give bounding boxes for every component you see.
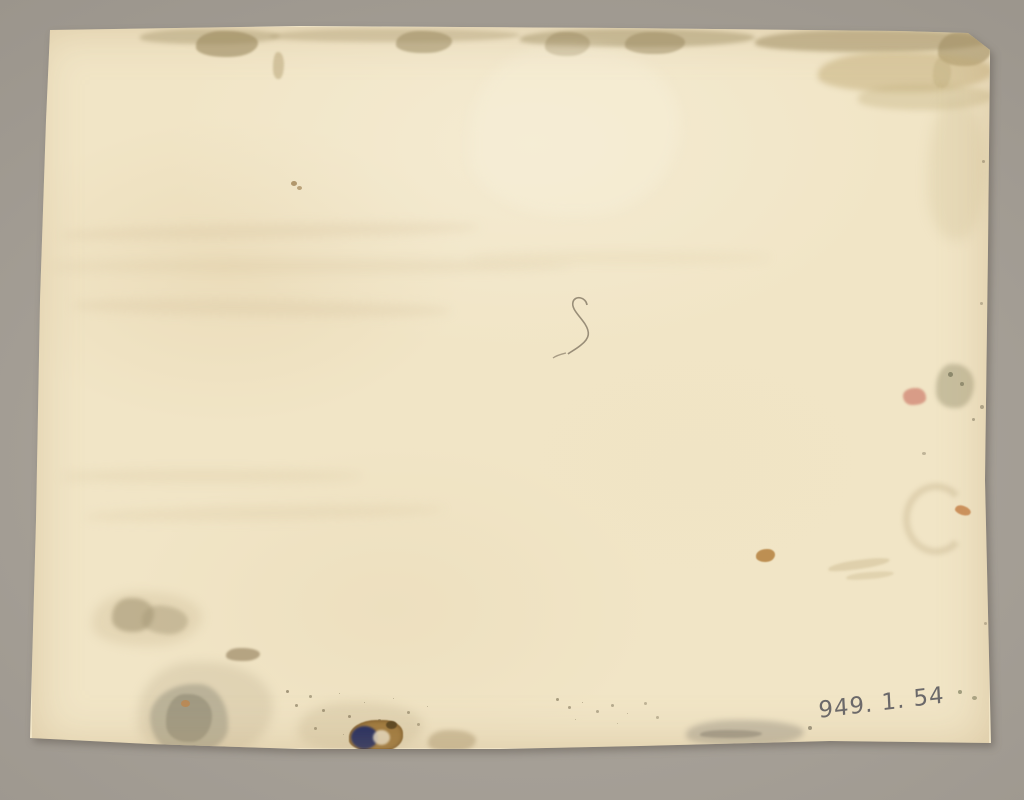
gray-green-stain: [936, 364, 974, 408]
aging-streak: [52, 260, 572, 272]
drip-mark: [273, 52, 284, 79]
pink-paint-spot: [903, 388, 926, 405]
brown-stain-left: [112, 598, 154, 632]
speckle-cluster: [556, 698, 559, 701]
blue-spot-light-center: [373, 730, 390, 745]
pencil-squiggle-mark: [535, 293, 605, 383]
tan-wash-stain-top-right: [818, 52, 993, 92]
photograph: 949. 1. 54: [0, 0, 1024, 800]
aging-streak: [62, 470, 362, 482]
adhesive-residue-top-edge: [140, 29, 280, 44]
adhesive-residue-band: [520, 29, 755, 47]
tan-wash-stain-tail: [858, 84, 993, 110]
adhesive-residue-blob: [196, 31, 258, 57]
paper-sheet-wrapper: 949. 1. 54: [0, 0, 1024, 800]
tan-scratch: [846, 570, 894, 581]
tan-scratch: [828, 556, 891, 574]
edge-fleck: [922, 452, 926, 455]
edge-fleck: [980, 302, 983, 305]
dark-fleck: [972, 418, 975, 421]
orange-fleck: [181, 700, 190, 707]
dark-fleck: [980, 405, 984, 409]
gray-smudge-bottom: [686, 720, 804, 746]
faint-stain-bottom: [298, 702, 423, 752]
speckle-cluster: [286, 690, 289, 693]
fly-speck: [297, 186, 302, 190]
blue-paint-spot: [349, 720, 403, 752]
adhesive-residue-band: [755, 30, 990, 52]
tan-wash-faint-run: [928, 100, 986, 240]
adhesive-residue-blob: [396, 31, 452, 53]
tan-stain-bottom: [428, 730, 476, 752]
gray-blot-core: [166, 694, 212, 742]
adhesive-residue-blob: [625, 32, 685, 54]
light-sheen: [470, 45, 680, 215]
brown-stain-left-tail: [140, 603, 189, 637]
orange-speck: [954, 504, 972, 518]
brown-spot: [756, 549, 775, 562]
blue-spot-dark-tip: [386, 721, 397, 729]
accession-number-inscription: 949. 1. 54: [818, 682, 948, 724]
adhesive-residue-blob: [545, 32, 590, 56]
gray-blot-bottom-left: [150, 684, 228, 754]
blue-spot-brown-rim: [349, 720, 403, 752]
dark-fleck: [948, 372, 953, 377]
aging-streak: [72, 297, 452, 320]
blue-spot-navy-core: [351, 726, 378, 749]
aging-streak: [60, 220, 480, 241]
wash-drip: [933, 58, 951, 88]
fly-speck: [291, 181, 297, 186]
adhesive-residue-band: [270, 29, 520, 42]
adhesive-residue-corner-chunk: [938, 32, 992, 66]
dark-fleck: [972, 696, 977, 700]
aging-streak: [84, 503, 444, 523]
stain-halo-bottom-left: [138, 662, 273, 758]
dark-fleck: [808, 726, 812, 730]
stain-halo-left: [92, 592, 202, 646]
dark-fleck: [958, 690, 962, 694]
paper-sheet-verso: 949. 1. 54: [0, 0, 1024, 800]
aging-streak: [470, 252, 770, 264]
dark-fleck: [960, 382, 964, 386]
edge-fleck: [984, 622, 987, 625]
gray-smudge-streak: [700, 730, 762, 738]
faint-ring-stain: [903, 483, 969, 555]
edge-fleck: [982, 160, 985, 163]
brown-dash: [226, 648, 260, 661]
